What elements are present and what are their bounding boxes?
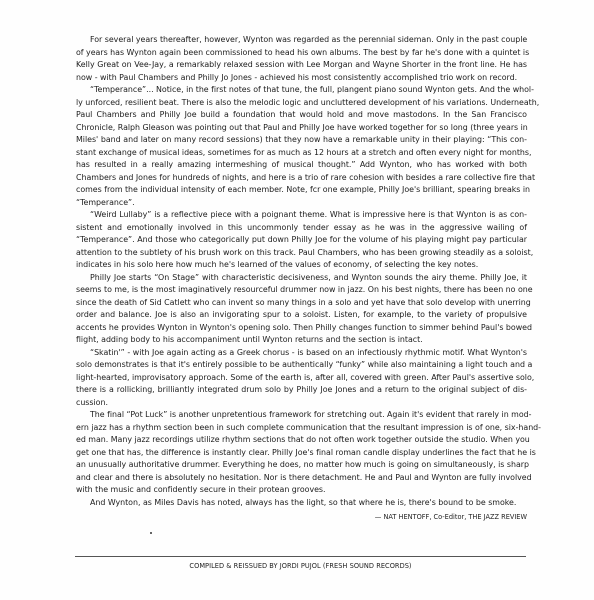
text-line: accents he provides Wynton in Wynton's o… — [76, 322, 527, 335]
text-line: Chronicle, Ralph Gleason was pointing ou… — [76, 122, 527, 135]
paragraph: “Temperance”... Notice, in the first not… — [76, 84, 527, 209]
text-line: seems to me, is the most imaginatively r… — [76, 284, 527, 297]
text-line: “Temperance”. And those who categoricall… — [76, 234, 527, 247]
liner-notes-page: For several years thereafter, however, W… — [0, 0, 594, 600]
text-line: “Temperance”... Notice, in the first not… — [76, 84, 527, 97]
text-line: now - with Paul Chambers and Philly Jo J… — [76, 72, 527, 85]
text-line: there is a rollicking, brilliantly integ… — [76, 384, 527, 397]
text-line: of years has Wynton again been commissio… — [76, 47, 527, 60]
text-line: order and balance. Joe is also an invigo… — [76, 309, 527, 322]
author-attribution: — NAT HENTOFF, Co-Editor, THE JAZZ REVIE… — [375, 512, 527, 522]
paragraph: “Weird Lullaby” is a reflective piece wi… — [76, 209, 527, 272]
text-line: Chambers and Jones for hundreds of night… — [76, 172, 527, 185]
text-line: sistent and emotionally involved in this… — [76, 222, 527, 235]
text-line: and clear and there is absolutely no hes… — [76, 472, 527, 485]
text-line: get one that has, the difference is inst… — [76, 447, 527, 460]
text-line: ly unforced, resilient beat. There is al… — [76, 97, 527, 110]
text-line: cussion. — [76, 397, 527, 410]
text-line: has resulted in a really amazing interme… — [76, 159, 527, 172]
text-line: flight, adding body to his accompaniment… — [76, 334, 527, 347]
text-line: For several years thereafter, however, W… — [76, 34, 527, 47]
text-line: with the music and confidently secure in… — [76, 484, 527, 497]
text-line: Paul Chambers and Philly Joe build a fou… — [76, 109, 527, 122]
liner-notes-body: For several years thereafter, however, W… — [76, 34, 527, 509]
text-line: light-hearted, improvisatory approach. S… — [76, 372, 527, 385]
text-line: ern jazz has a rhythm section been in su… — [76, 422, 527, 435]
text-line: indicates in his solo here how much he's… — [76, 259, 527, 272]
reissue-credit: COMPILED & REISSUED BY JORDI PUJOL (FRES… — [75, 561, 526, 571]
text-line: ed man. Many jazz recordings utilize rhy… — [76, 434, 527, 447]
text-line: And Wynton, as Miles Davis has noted, al… — [76, 497, 527, 510]
paragraph: And Wynton, as Miles Davis has noted, al… — [76, 497, 527, 510]
paragraph: For several years thereafter, however, W… — [76, 34, 527, 84]
text-line: “Skatin'” - with Joe again acting as a G… — [76, 347, 527, 360]
paragraph: “Skatin'” - with Joe again acting as a G… — [76, 347, 527, 410]
print-speck — [150, 532, 152, 534]
text-line: an unusually authoritative drummer. Ever… — [76, 459, 527, 472]
footer-divider — [75, 556, 526, 557]
text-line: Miles' band and later on many record ses… — [76, 134, 527, 147]
text-line: attention to the subtlety of his brush w… — [76, 247, 527, 260]
paragraph: Philly Joe starts “On Stage” with charac… — [76, 272, 527, 347]
text-line: “Temperance”. — [76, 197, 527, 210]
text-line: since the death of Sid Catlett who can i… — [76, 297, 527, 310]
text-line: Kelly Great on Vee-Jay, a remarkably rel… — [76, 59, 527, 72]
text-line: Philly Joe starts “On Stage” with charac… — [76, 272, 527, 285]
paragraph: The final “Pot Luck” is another unpreten… — [76, 409, 527, 497]
text-line: comes from the individual intensity of e… — [76, 184, 527, 197]
text-line: solo demonstrates is that it's entirely … — [76, 359, 527, 372]
text-line: stant exchange of musical ideas, sometim… — [76, 147, 527, 160]
text-line: “Weird Lullaby” is a reflective piece wi… — [76, 209, 527, 222]
text-line: The final “Pot Luck” is another unpreten… — [76, 409, 527, 422]
